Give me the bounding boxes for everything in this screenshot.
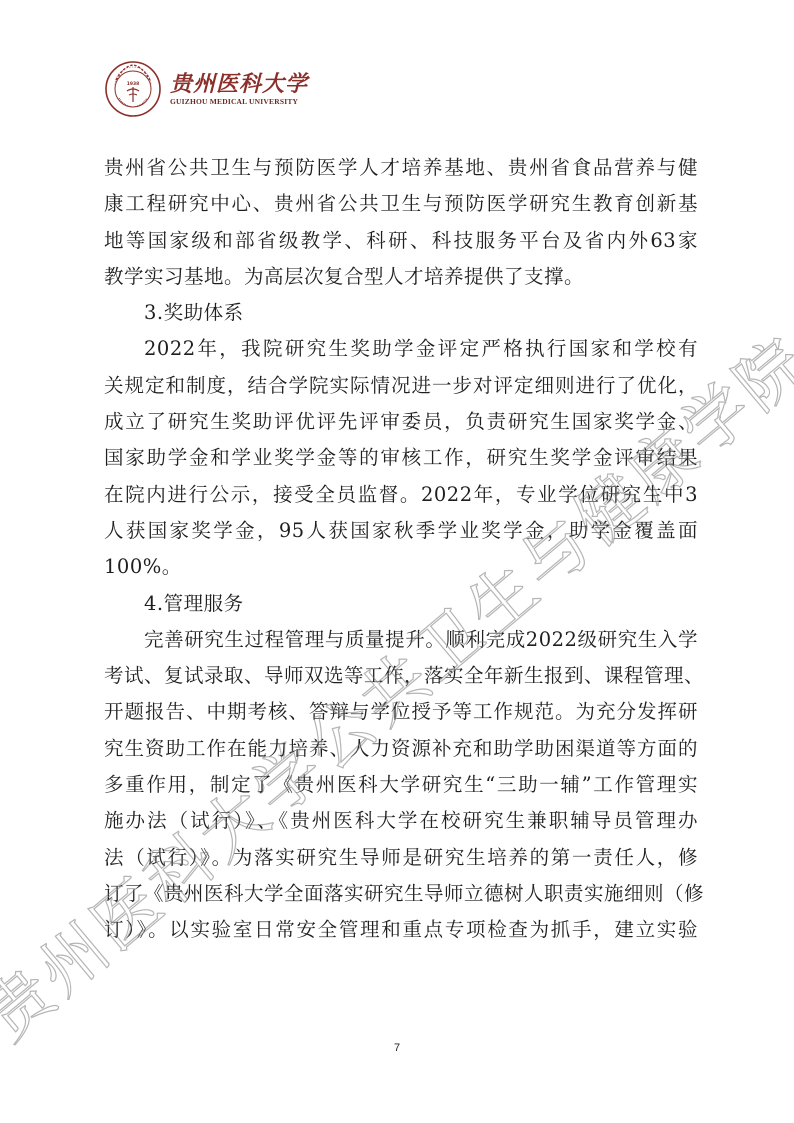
text-line: 开题报告、中期考核、答辩与学位授予等工作规范。为充分发挥研 bbox=[104, 694, 698, 730]
text-line: 4.管理服务 bbox=[104, 586, 698, 622]
document-body: 贵州省公共卫生与预防医学人才培养基地、贵州省食品营养与健康工程研究中心、贵州省公… bbox=[104, 150, 698, 949]
text-line: 贵州省公共卫生与预防医学人才培养基地、贵州省食品营养与健 bbox=[104, 150, 698, 186]
text-line: 教学实习基地。为高层次复合型人才培养提供了支撑。 bbox=[104, 259, 698, 295]
university-seal-icon: 1938 bbox=[104, 60, 162, 118]
text-line: 100%。 bbox=[104, 549, 698, 585]
text-line: 2022年，我院研究生奖助学金评定严格执行国家和学校有 bbox=[104, 331, 698, 367]
university-logo-text: 贵州医科大学 GUIZHOU MEDICAL UNIVERSITY bbox=[170, 71, 308, 107]
university-name-cn: 贵州医科大学 bbox=[170, 71, 308, 97]
text-line: 施办法（试行）》、《贵州医科大学在校研究生兼职辅导员管理办 bbox=[104, 803, 698, 839]
text-line: 考试、复试录取、导师双选等工作，落实全年新生报到、课程管理、 bbox=[104, 658, 698, 694]
text-line: 康工程研究中心、贵州省公共卫生与预防医学研究生教育创新基 bbox=[104, 186, 698, 222]
svg-text:1938: 1938 bbox=[127, 81, 140, 87]
text-line: 人获国家奖学金，95人获国家秋季学业奖学金，助学金覆盖面 bbox=[104, 513, 698, 549]
text-line: 地等国家级和部省级教学、科研、科技服务平台及省内外63家 bbox=[104, 223, 698, 259]
text-line: 订了《贵州医科大学全面落实研究生导师立德树人职责实施细则（修 bbox=[104, 876, 698, 912]
text-line: 3.奖助体系 bbox=[104, 295, 698, 331]
text-line: 完善研究生过程管理与质量提升。顺利完成2022级研究生入学 bbox=[104, 622, 698, 658]
text-line: 在院内进行公示，接受全员监督。2022年，专业学位研究生中3 bbox=[104, 477, 698, 513]
text-line: 成立了研究生奖助评优评先评审委员，负责研究生国家奖学金、 bbox=[104, 404, 698, 440]
text-line: 订）》。以实验室日常安全管理和重点专项检查为抓手，建立实验 bbox=[104, 912, 698, 948]
text-line: 国家助学金和学业奖学金等的审核工作，研究生奖学金评审结果 bbox=[104, 440, 698, 476]
university-name-en: GUIZHOU MEDICAL UNIVERSITY bbox=[170, 97, 308, 107]
page-header: 1938 贵州医科大学 GUIZHOU MEDICAL UNIVERSITY bbox=[104, 58, 308, 120]
text-line: 关规定和制度，结合学院实际情况进一步对评定细则进行了优化， bbox=[104, 368, 698, 404]
text-line: 多重作用，制定了《贵州医科大学研究生“三助一辅”工作管理实 bbox=[104, 767, 698, 803]
text-line: 究生资助工作在能力培养、人力资源补充和助学助困渠道等方面的 bbox=[104, 731, 698, 767]
page-number: 7 bbox=[0, 1042, 794, 1054]
text-line: 法（试行）》。为落实研究生导师是研究生培养的第一责任人，修 bbox=[104, 840, 698, 876]
